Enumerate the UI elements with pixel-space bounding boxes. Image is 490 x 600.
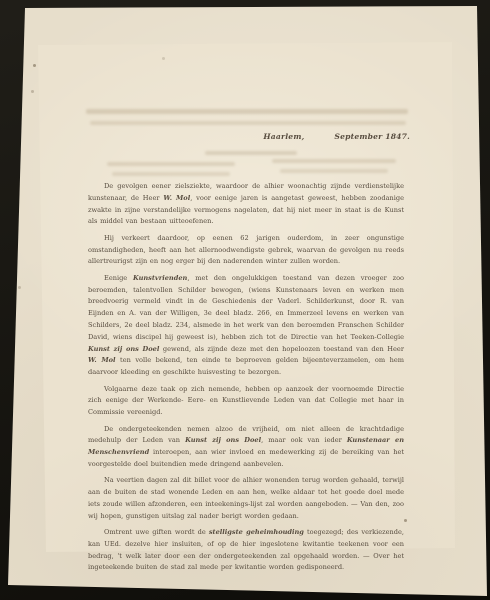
letter-text-segment: W. Mol <box>163 194 190 202</box>
letter-text-segment: ten volle bekend, ten einde te beproeven… <box>88 356 404 376</box>
letter-text-segment: Kunst zij ons Doel <box>185 436 261 444</box>
letter-body: De gevolgen eener zielsziekte, waardoor … <box>88 181 404 579</box>
letter-text-segment: gewend, als zijnde deze met den hopelooz… <box>159 345 404 353</box>
paper-speck <box>33 64 36 67</box>
bleedthrough-line <box>205 151 297 155</box>
dateline-place: Haarlem, <box>263 132 304 141</box>
letter-paragraph: Omtrent uwe giften wordt de stelligste g… <box>88 527 404 574</box>
letter-text-segment: , maar ook van ieder <box>261 436 347 444</box>
paper-speck <box>404 519 407 522</box>
letter-text-segment: , met den ongelukkigen toestand van deze… <box>88 274 404 341</box>
letter-text-segment: W. Mol <box>88 356 116 364</box>
letter-paragraph: De ondergeteekenden nemen alzoo de vrijh… <box>88 424 404 471</box>
bleedthrough-line <box>272 159 396 163</box>
bleedthrough-line <box>86 109 408 114</box>
letter-paragraph: De gevolgen eener zielsziekte, waardoor … <box>88 181 404 228</box>
letter-text-segment: Kunst zij ons Doel <box>88 345 159 353</box>
letter-text-segment: Omtrent uwe giften wordt de <box>104 528 209 536</box>
letter-paragraph: Volgaarne deze taak op zich nemende, heb… <box>88 384 404 419</box>
dateline-date: September 1847. <box>334 132 410 141</box>
letter-text-segment: stelligste geheimhouding <box>209 528 304 536</box>
paper-speck <box>31 90 34 93</box>
bleedthrough-line <box>107 162 235 166</box>
letter-paragraph: Na veertien dagen zal dit billet voor de… <box>88 475 404 522</box>
letter-paragraph: Eenige Kunstvrienden, met den ongelukkig… <box>88 273 404 379</box>
letter-text-segment: Volgaarne deze taak op zich nemende, heb… <box>88 385 404 417</box>
dateline: Haarlem, September 1847. <box>88 132 410 146</box>
letter-text-segment: Hij verkeert daardoor, op eenen 62 jarig… <box>88 234 404 266</box>
letter-paragraph: Hij verkeert daardoor, op eenen 62 jarig… <box>88 233 404 268</box>
paper-speck <box>18 286 21 289</box>
letter-text-segment: Na veertien dagen zal dit billet voor de… <box>88 476 404 519</box>
bleedthrough-line <box>280 169 388 173</box>
paper-speck <box>162 57 165 60</box>
bleedthrough-line <box>112 172 230 176</box>
bleedthrough-line <box>90 121 406 125</box>
letter-text-segment: Kunstvrienden <box>133 274 187 282</box>
letter-text-segment: Eenige <box>104 274 133 282</box>
photograph-of-letter: { "colors": { "frame": "#17150f", "mat":… <box>0 0 490 600</box>
